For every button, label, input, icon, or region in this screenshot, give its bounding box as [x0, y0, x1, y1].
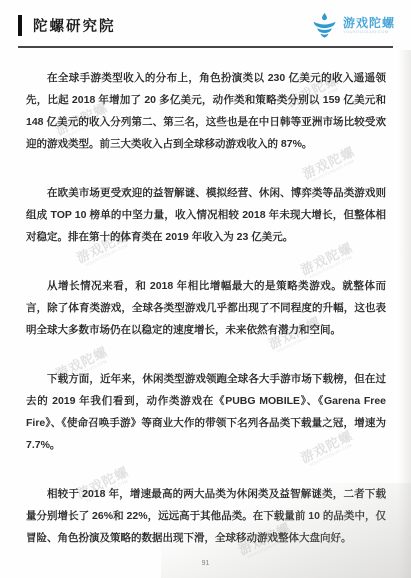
paragraph: 在欧美市场更受欢迎的益智解谜、模拟经营、休闲、博弈类等品类游戏则组成 TOP 1… — [26, 182, 386, 248]
brand-logo: 游戏陀螺 YOUXITUOLUO.COM — [311, 12, 395, 39]
page-title: 陀螺研究院 — [33, 15, 116, 36]
paragraph: 从增长情况来看，和 2018 年相比增幅最大的是策略类游戏。就整体而言，除了体育… — [26, 275, 386, 341]
document-page: 游戏陀螺YOUXITUOLUO.COM 游戏陀螺YOUXITUOLUO.COM … — [0, 0, 411, 578]
brand-logo-text: 游戏陀螺 YOUXITUOLUO.COM — [343, 17, 395, 35]
paragraph: 在全球手游类型收入的分布上，角色扮演类以 230 亿美元的收入遥遥领先，比起 2… — [26, 67, 386, 155]
document-body: 在全球手游类型收入的分布上，角色扮演类以 230 亿美元的收入遥遥领先，比起 2… — [0, 48, 411, 549]
report-title-block: 陀螺研究院 — [18, 15, 116, 36]
title-accent-bar — [18, 15, 22, 36]
document-header: 陀螺研究院 游戏陀螺 YOUXITUOLUO.COM — [0, 0, 411, 46]
page-number: 91 — [0, 560, 411, 567]
paragraph: 相较于 2018 年，增速最高的两大品类为休闲类及益智解谜类，二者下载量分别增长… — [26, 483, 386, 549]
brand-domain: YOUXITUOLUO.COM — [343, 30, 395, 34]
brand-name: 游戏陀螺 — [343, 17, 395, 30]
gyro-top-logo-icon — [311, 12, 338, 39]
paragraph: 下载方面，近年来，休闲类型游戏领跑全球各大手游市场下载榜，但在过去的 2019 … — [26, 368, 386, 456]
